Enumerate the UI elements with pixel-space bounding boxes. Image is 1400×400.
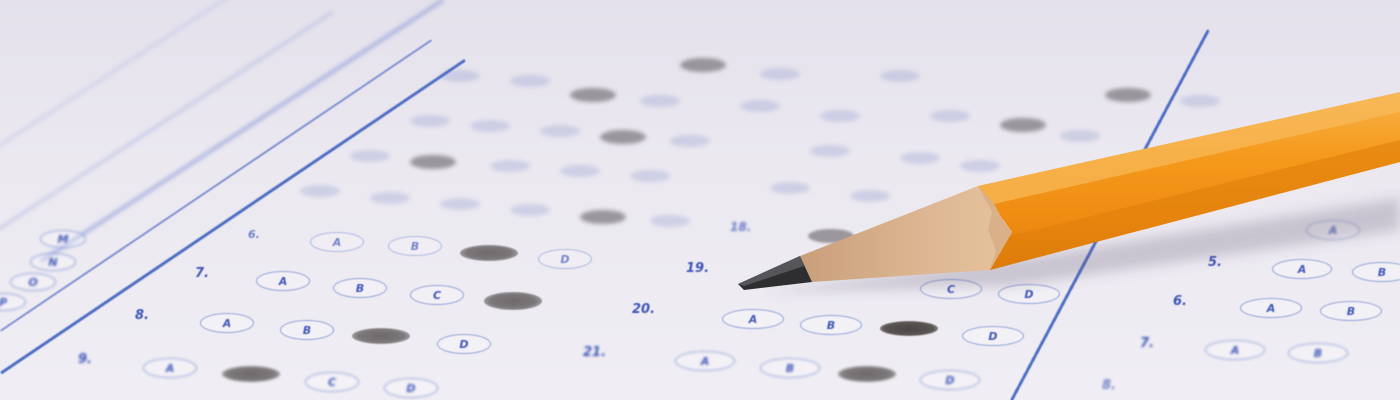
photo-scene: M N O P 6. A B D 7. A B C 8. A B D 9. A … — [0, 0, 1400, 400]
pencil-icon — [0, 0, 1400, 400]
